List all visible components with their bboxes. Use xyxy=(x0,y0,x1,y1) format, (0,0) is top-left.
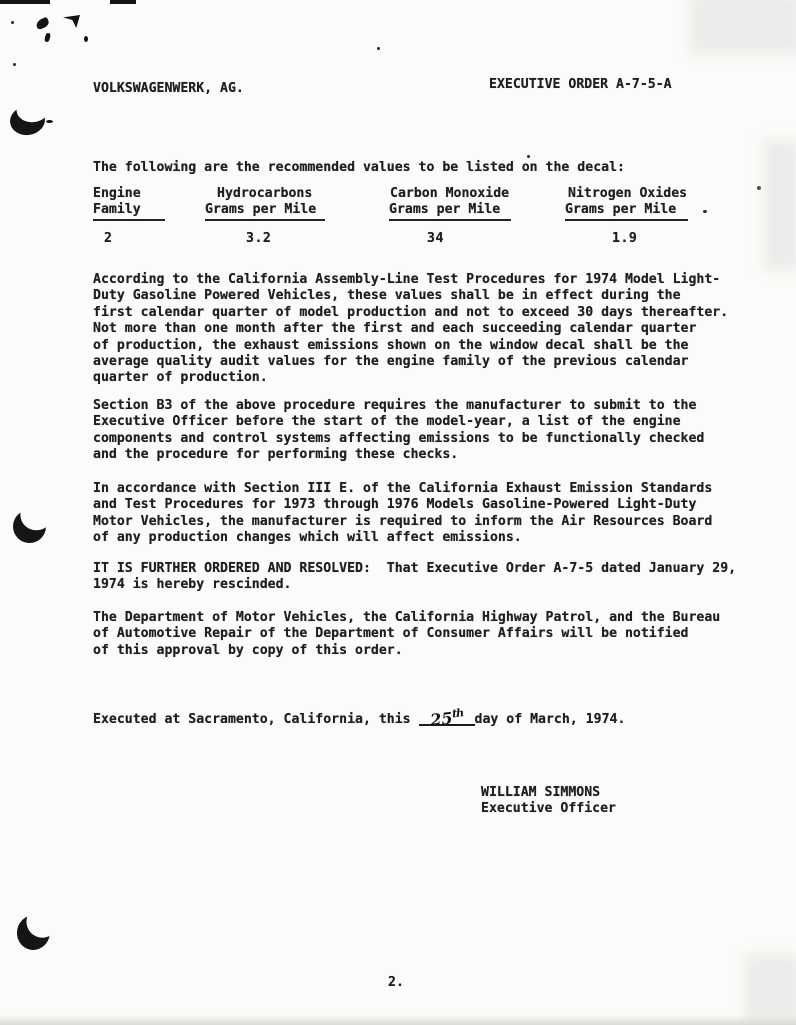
execution-line: Executed at Sacramento, California, this… xyxy=(93,707,625,728)
hydrocarbons-value: 3.2 xyxy=(246,231,271,247)
paragraph-rescinded-order: IT IS FURTHER ORDERED AND RESOLVED: That… xyxy=(93,561,761,594)
col-co-header-line1: Carbon Monoxide xyxy=(390,186,509,202)
ink-smudge xyxy=(44,33,51,43)
paragraph-assembly-line-procedures: According to the California Assembly-Lin… xyxy=(93,272,761,387)
col-nox-header-line2: Grams per Mile xyxy=(565,202,688,221)
ink-smudge xyxy=(35,17,51,31)
col-engine-header-line1: Engine xyxy=(93,186,141,202)
ink-speck xyxy=(13,63,16,66)
signature-block: WILLIAM SIMMONS Executive Officer xyxy=(481,785,616,818)
hole-punch-shadow xyxy=(12,509,46,543)
col-hc-header-line2: Grams per Mile xyxy=(205,202,325,221)
executive-order-number: EXECUTIVE ORDER A-7-5-A xyxy=(489,77,672,93)
paragraph-section-b3: Section B3 of the above procedure requir… xyxy=(93,398,761,464)
col-engine-header-line2: Family xyxy=(93,202,165,221)
hole-punch-shadow xyxy=(14,912,54,953)
scan-edge-mark xyxy=(110,0,136,4)
scan-edge-mark xyxy=(0,0,50,4)
ink-speck xyxy=(703,210,707,213)
carbon-monoxide-value: 34 xyxy=(427,231,444,247)
paragraph-section-iii-e: In accordance with Section III E. of the… xyxy=(93,481,761,547)
paragraph-notification: The Department of Motor Vehicles, the Ca… xyxy=(93,610,761,659)
ink-speck xyxy=(757,186,761,190)
execution-prefix: Executed at Sacramento, California, this xyxy=(93,712,419,728)
page-number: 2. xyxy=(388,975,404,991)
ink-smudge xyxy=(84,36,88,42)
handwritten-day-underline: 25th xyxy=(419,707,475,726)
hole-punch-shadow xyxy=(8,104,47,138)
scan-noise xyxy=(764,140,796,270)
signature-title: Executive Officer xyxy=(481,801,616,817)
ink-speck xyxy=(11,21,14,24)
ink-speck xyxy=(46,120,53,123)
scan-bottom-edge xyxy=(0,1015,796,1025)
col-co-header-line2: Grams per Mile xyxy=(389,202,511,221)
ink-speck xyxy=(527,155,530,158)
scan-noise xyxy=(690,0,796,54)
handwritten-day: 25th xyxy=(429,706,464,727)
company-name: VOLKSWAGENWERK, AG. xyxy=(93,81,244,97)
signature-name: WILLIAM SIMMONS xyxy=(481,785,616,801)
ink-speck xyxy=(377,47,380,50)
engine-family-value: 2 xyxy=(104,231,112,247)
nitrogen-oxides-value: 1.9 xyxy=(612,231,637,247)
intro-line: The following are the recommended values… xyxy=(93,160,625,176)
col-hc-header-line1: Hydrocarbons xyxy=(217,186,312,202)
col-nox-header-line1: Nitrogen Oxides xyxy=(568,186,687,202)
scanned-document-page: VOLKSWAGENWERK, AG. EXECUTIVE ORDER A-7-… xyxy=(0,0,796,1025)
ink-smudge xyxy=(63,15,80,28)
execution-suffix: day of March, 1974. xyxy=(475,712,626,728)
